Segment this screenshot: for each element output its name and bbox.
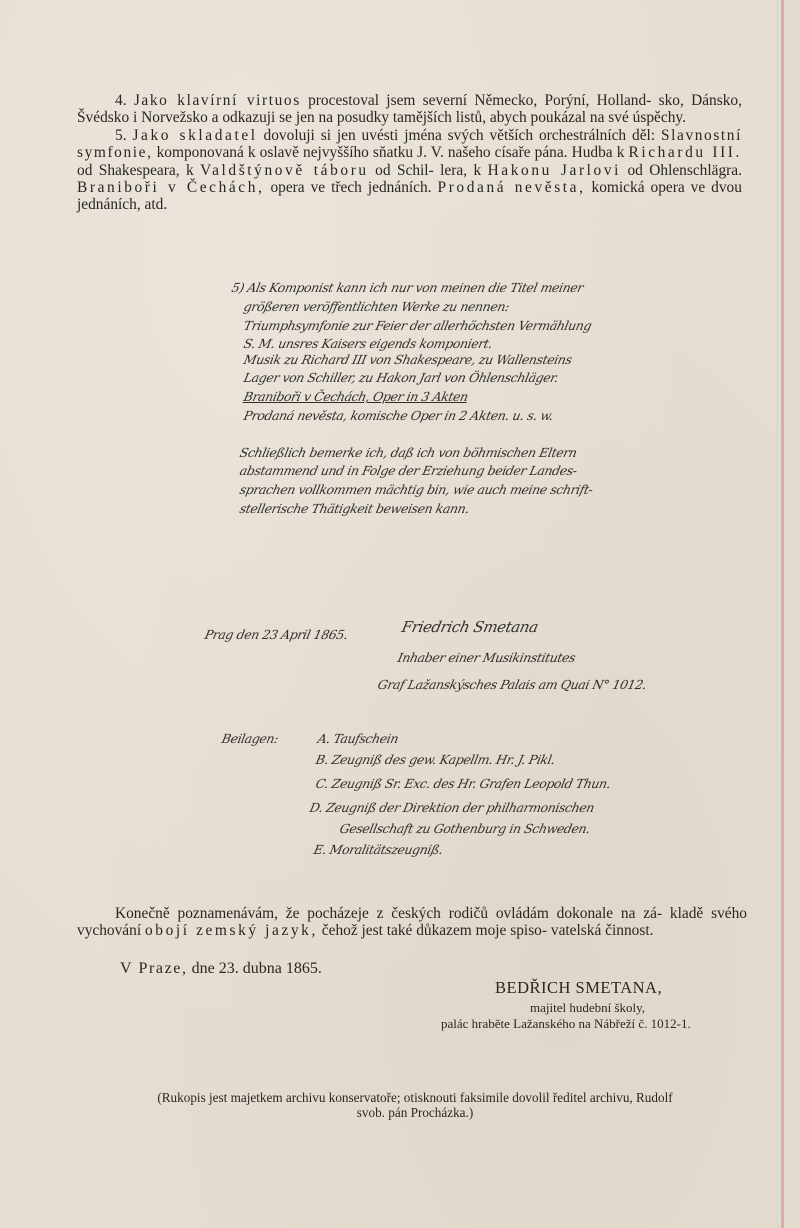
spaced-emphasis: Prodaná nevěsta, <box>438 179 586 196</box>
paragraph-number: 4. <box>115 92 127 109</box>
text-run: od Shakespeara, k <box>77 162 194 179</box>
manuscript-line: Braniboři v Čechách, Oper in 3 Akten <box>242 389 469 404</box>
manuscript-line: Musik zu Richard III von Shakespeare, zu… <box>242 352 573 367</box>
manuscript-line: 5) Als Komponist kann ich nur von meinen… <box>230 280 584 295</box>
enclosure-item: C. Zeugniß Sr. Exc. des Hr. Grafen Leopo… <box>314 776 612 791</box>
enclosure-item: E. Moralitätszeugniß. <box>312 842 444 857</box>
printed-signature-name: BEDŘICH SMETANA, <box>495 978 662 998</box>
manuscript-line: Schließlich bemerke ich, daß ich von böh… <box>238 445 578 460</box>
manuscript-signature: Friedrich Smetana <box>400 618 540 636</box>
spaced-emphasis: Richardu III. <box>628 144 742 161</box>
page-right-margin <box>784 0 800 1228</box>
text-run: od Schil- <box>375 162 434 179</box>
enclosure-item: A. Taufschein <box>316 731 399 746</box>
footnote: (Rukopis jest majetkem archivu konservat… <box>90 1090 740 1120</box>
spaced-emphasis: obojí zemský jazyk, <box>145 922 318 939</box>
place-and-date: V Praze, dne 23. dubna 1865. <box>120 960 322 978</box>
enclosure-item: Gesellschaft zu Gothenburg in Schweden. <box>338 821 591 836</box>
text-run: pána. Hudba k <box>535 144 625 161</box>
text-run: dne 23. dubna 1865. <box>192 960 322 977</box>
printed-signature-address: palác hraběte Lažanského na Nábřeží č. 1… <box>441 1016 691 1032</box>
text-run: komponovaná k oslavě nejvyššího sňatku J… <box>157 144 531 161</box>
enclosure-item: B. Zeugniß des gew. Kapellm. Hr. J. Pikl… <box>314 752 556 767</box>
text-run: poukázal na své úspěchy. <box>531 109 686 126</box>
manuscript-line: größeren veröffentlichten Werke zu nenne… <box>242 299 510 314</box>
manuscript-line: Prodaná nevěsta, komische Oper in 2 Akte… <box>242 408 554 423</box>
paragraph-number: 5. <box>115 127 127 144</box>
closing-paragraph: Konečně poznamenávám, že pocházeje z čes… <box>77 905 747 940</box>
printed-text-bottom: Konečně poznamenávám, že pocházeje z čes… <box>77 905 747 940</box>
footnote-line: (Rukopis jest majetkem archivu konservat… <box>90 1090 740 1105</box>
spaced-emphasis: Hakonu Jarlovi <box>488 162 621 179</box>
spaced-emphasis: Valdštýnově táboru <box>200 162 369 179</box>
paragraph-5: 5. Jako skladatel dovoluji si jen uvésti… <box>77 127 742 214</box>
spaced-emphasis: Jako klavírní virtuos <box>134 92 301 109</box>
footnote-line: svob. pán Procházka.) <box>90 1105 740 1120</box>
spaced-emphasis: Braniboři v Čechách, <box>77 179 264 196</box>
printed-text-top: 4. Jako klavírní virtuos procestoval jse… <box>77 92 742 214</box>
manuscript-line: abstammend und in Folge der Erziehung be… <box>238 463 578 478</box>
enclosure-item: D. Zeugniß der Direktion der philharmoni… <box>308 800 595 815</box>
paragraph-4: 4. Jako klavírní virtuos procestoval jse… <box>77 92 742 127</box>
text-run: jednáních. <box>368 179 432 196</box>
spaced-emphasis: Jako skladatel <box>132 127 257 144</box>
manuscript-line: S. M. unsres Kaisers eigends komponiert. <box>242 336 493 351</box>
text-run: čehož jest také důkazem moje spiso- <box>322 922 547 939</box>
text-run: Konečně poznamenávám, že pocházeje z čes… <box>115 905 662 922</box>
manuscript-signature-address: Graf Lažanskýsches Palais am Quai N° 101… <box>376 677 648 692</box>
manuscript-line: Lager von Schiller, zu Hakon Jarl von Öh… <box>242 370 559 385</box>
text-run: lera, k <box>440 162 481 179</box>
manuscript-date: Prag den 23 April 1865. <box>203 627 349 642</box>
text-run: opera ve třech <box>270 179 361 196</box>
text-run: procestoval jsem severní Německo, Porýní… <box>308 92 651 109</box>
manuscript-signature-title: Inhaber einer Musikinstitutes <box>396 650 576 665</box>
printed-signature-title: majitel hudební školy, <box>530 1000 645 1016</box>
manuscript-line: stellerische Thätigkeit beweisen kann. <box>238 501 470 516</box>
text-run: od Ohlenschlägra. <box>627 162 742 179</box>
spaced-emphasis: V Praze, <box>120 960 188 977</box>
page-edge-shadow <box>776 0 779 1228</box>
manuscript-line: Triumphsymfonie zur Feier der allerhöchs… <box>242 318 592 333</box>
manuscript-line: sprachen vollkommen mächtig bin, wie auc… <box>238 482 594 497</box>
text-run: dovoluji si jen uvésti jména svých větší… <box>264 127 656 144</box>
text-run: vatelská činnost. <box>551 922 654 939</box>
enclosures-label: Beilagen: <box>220 731 279 746</box>
